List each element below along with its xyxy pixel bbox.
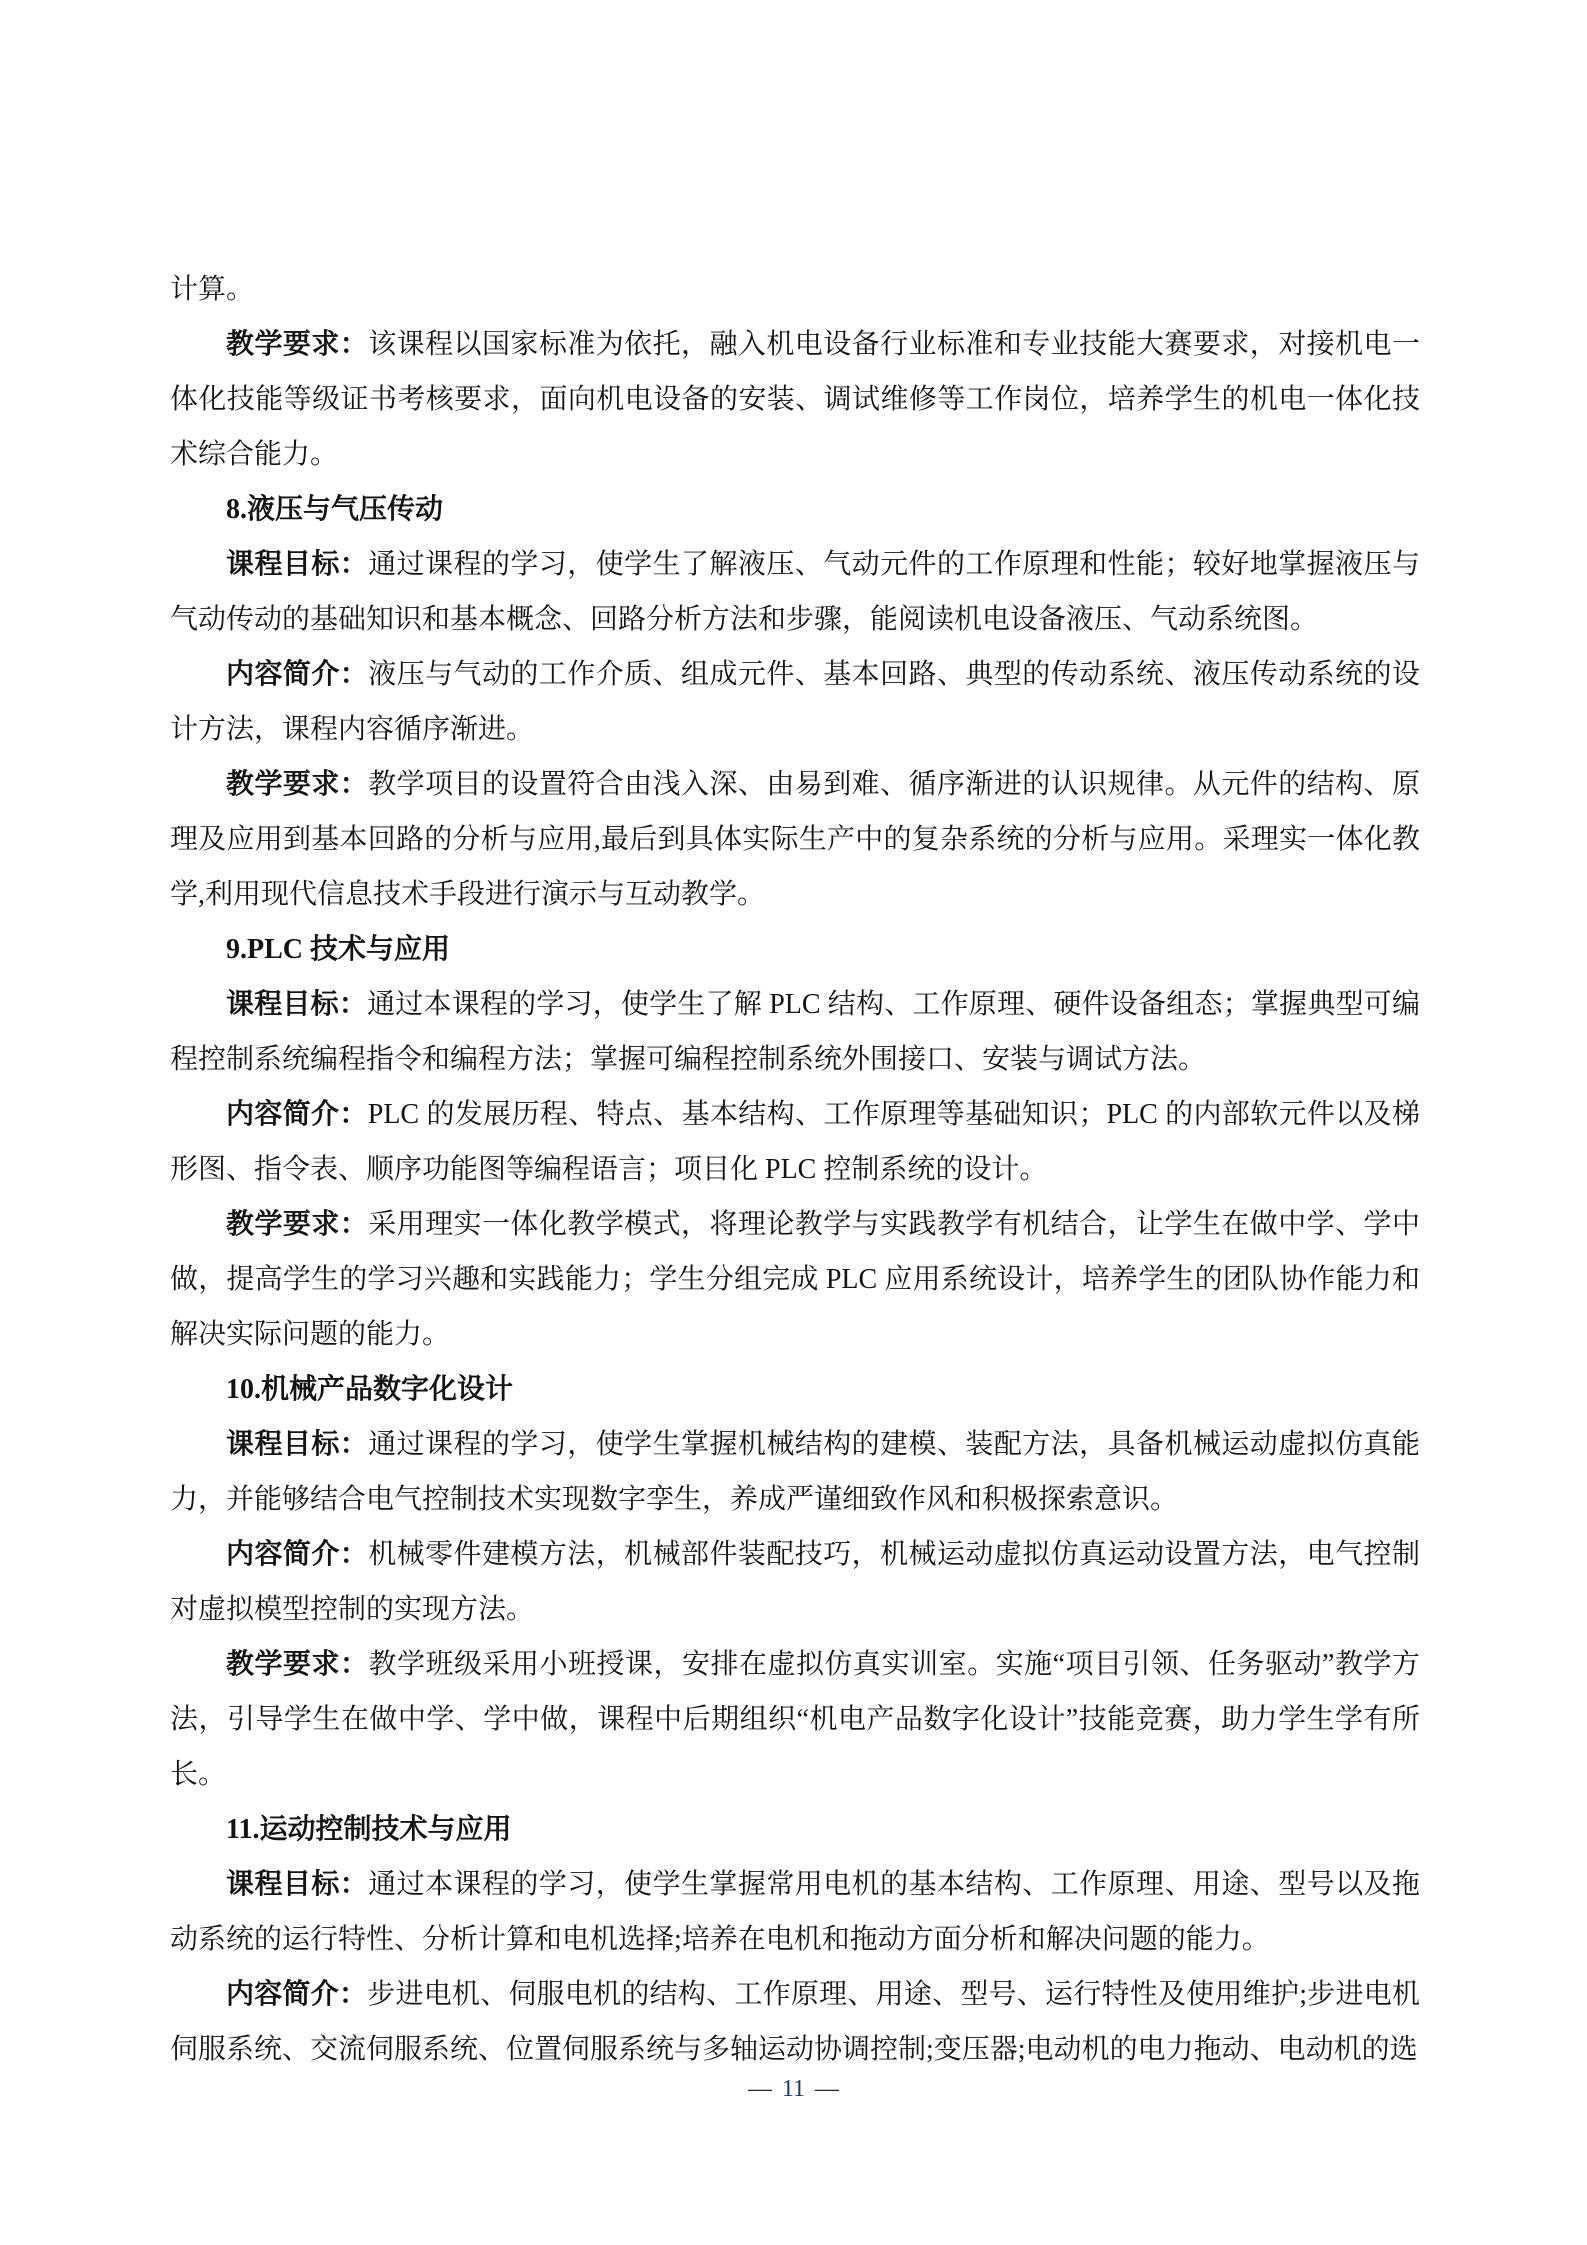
paragraph: 内容简介：机械零件建模方法，机械部件装配技巧，机械运动虚拟仿真运动设置方法，电气… — [170, 1527, 1420, 1637]
paragraph: 9.PLC 技术与应用 — [170, 922, 1420, 977]
paragraph: 内容简介：液压与气动的工作介质、组成元件、基本回路、典型的传动系统、液压传动系统… — [170, 647, 1420, 757]
paragraph-text: 10.机械产品数字化设计 — [226, 1374, 513, 1405]
page-number-dash-left: — — [748, 2076, 772, 2102]
paragraph: 课程目标：通过课程的学习，使学生了解液压、气动元件的工作原理和性能；较好地掌握液… — [170, 537, 1420, 647]
paragraph-label: 内容简介： — [226, 1979, 367, 2010]
paragraph-label: 课程目标： — [226, 549, 368, 580]
document-body: 计算。教学要求：该课程以国家标准为依托，融入机电设备行业标准和专业技能大赛要求，… — [170, 262, 1420, 2077]
paragraph-label: 内容简介： — [226, 1539, 368, 1570]
page-footer: —11— — [0, 2072, 1587, 2106]
paragraph-text: 9.PLC 技术与应用 — [226, 934, 450, 965]
paragraph: 教学要求：教学班级采用小班授课，安排在虚拟仿真实训室。实施“项目引领、任务驱动”… — [170, 1637, 1420, 1802]
paragraph: 8.液压与气压传动 — [170, 482, 1420, 537]
paragraph: 11.运动控制技术与应用 — [170, 1802, 1420, 1857]
paragraph: 课程目标：通过本课程的学习，使学生了解 PLC 结构、工作原理、硬件设备组态；掌… — [170, 977, 1420, 1087]
paragraph: 教学要求：教学项目的设置符合由浅入深、由易到难、循序渐进的认识规律。从元件的结构… — [170, 757, 1420, 922]
paragraph-label: 教学要求： — [226, 1209, 368, 1240]
page-number-dash-right: — — [815, 2076, 839, 2102]
paragraph-label: 内容简介： — [226, 659, 368, 690]
paragraph-label: 教学要求： — [226, 329, 368, 360]
paragraph-label: 课程目标： — [226, 1869, 368, 1900]
paragraph-text: 计算。 — [170, 274, 254, 305]
paragraph-label: 教学要求： — [226, 1649, 369, 1680]
paragraph-label: 课程目标： — [226, 1429, 368, 1460]
paragraph: 课程目标：通过课程的学习，使学生掌握机械结构的建模、装配方法，具备机械运动虚拟仿… — [170, 1417, 1420, 1527]
paragraph-label: 教学要求： — [226, 769, 368, 800]
paragraph: 计算。 — [170, 262, 1420, 317]
paragraph: 内容简介：PLC 的发展历程、特点、基本结构、工作原理等基础知识；PLC 的内部… — [170, 1087, 1420, 1197]
document-page: 计算。教学要求：该课程以国家标准为依托，融入机电设备行业标准和专业技能大赛要求，… — [0, 0, 1587, 2245]
paragraph-text: 11.运动控制技术与应用 — [226, 1814, 511, 1845]
paragraph: 内容简介：步进电机、伺服电机的结构、工作原理、用途、型号、运行特性及使用维护;步… — [170, 1967, 1420, 2077]
page-number: 11 — [782, 2076, 805, 2102]
paragraph-label: 课程目标： — [226, 989, 367, 1020]
paragraph: 10.机械产品数字化设计 — [170, 1362, 1420, 1417]
paragraph: 课程目标：通过本课程的学习，使学生掌握常用电机的基本结构、工作原理、用途、型号以… — [170, 1857, 1420, 1967]
paragraph: 教学要求：该课程以国家标准为依托，融入机电设备行业标准和专业技能大赛要求，对接机… — [170, 317, 1420, 482]
paragraph: 教学要求：采用理实一体化教学模式，将理论教学与实践教学有机结合，让学生在做中学、… — [170, 1197, 1420, 1362]
paragraph-text: 8.液压与气压传动 — [226, 494, 443, 525]
paragraph-label: 内容简介： — [226, 1099, 368, 1130]
